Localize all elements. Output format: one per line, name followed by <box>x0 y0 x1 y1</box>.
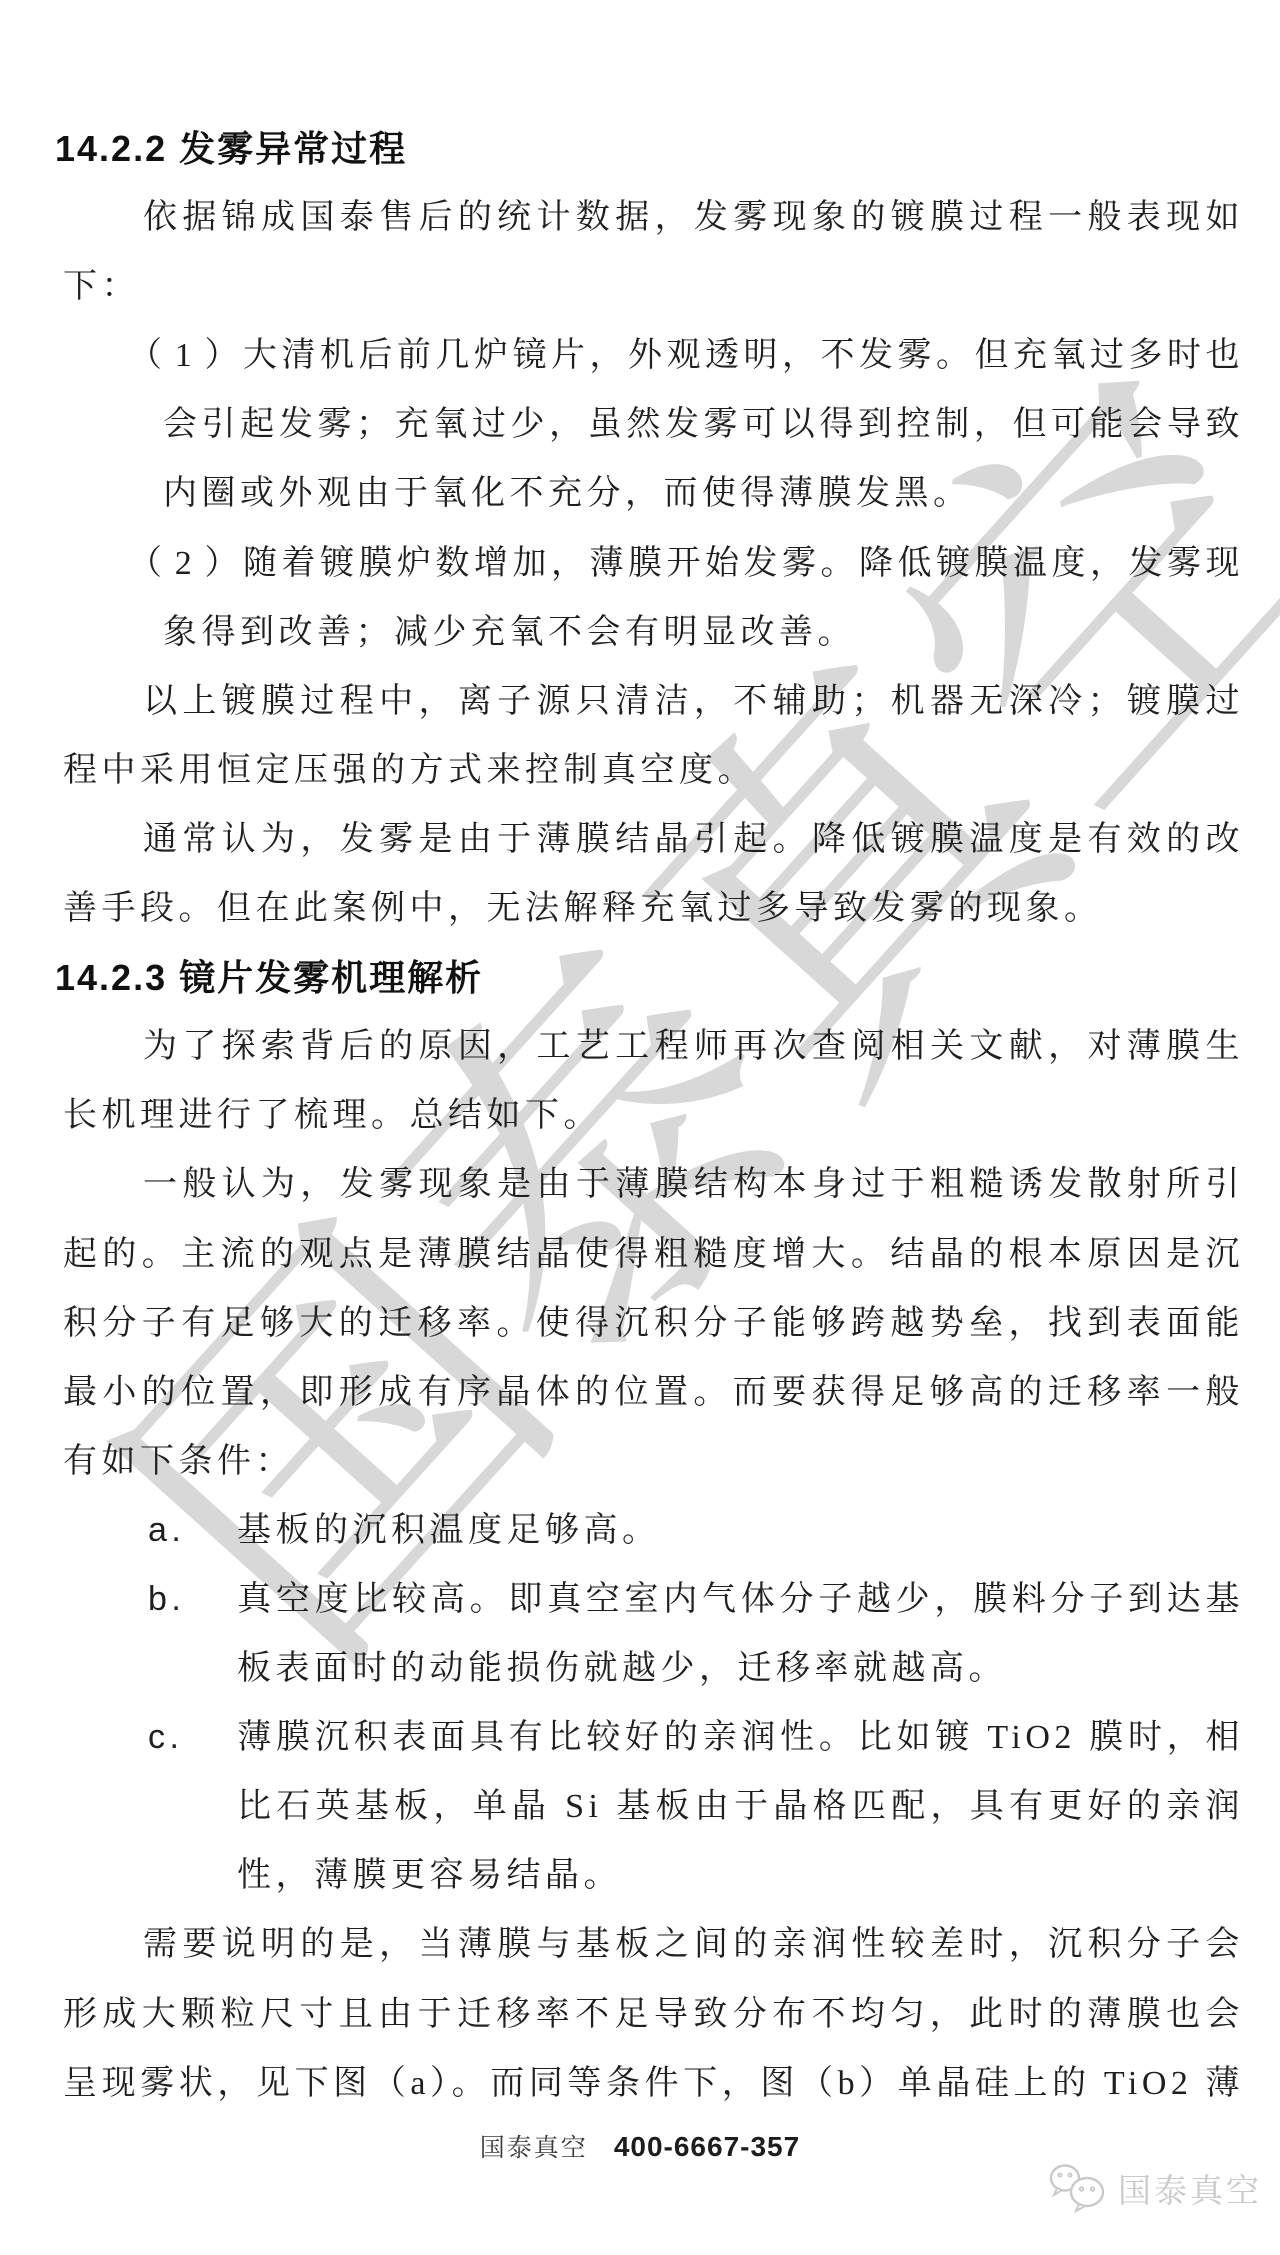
doc-line: 有如下条件： <box>63 1427 1244 1496</box>
doc-line: 为了探索背后的原因，工艺工程师再次查阅相关文献，对薄膜生 <box>143 1012 1244 1081</box>
doc-line: c.薄膜沉积表面具有比较好的亲润性。比如镀 TiO2 膜时，相 <box>148 1703 1244 1772</box>
doc-line-text: 真空度比较高。即真空室内气体分子越少，膜料分子到达基 <box>237 1581 1244 1618</box>
doc-line: （1）大清机后前几炉镜片，外观透明，不发雾。但充氧过多时也 <box>128 321 1244 390</box>
doc-line-text: 随着镀膜炉数增加，薄膜开始发雾。降低镀膜温度，发雾现 <box>243 545 1244 582</box>
list-letter-label: a. <box>148 1496 237 1565</box>
footer-phone: 400-6667-357 <box>614 2131 800 2162</box>
document-page: 国泰真空 14.2.2 发雾异常过程 依据锦成国泰售后的统计数据，发雾现象的镀膜… <box>0 0 1280 2255</box>
doc-line-text: 基板的沉积温度足够高。 <box>237 1512 661 1549</box>
list-letter-label: b. <box>148 1565 237 1634</box>
doc-line: 板表面时的动能损伤就越少，迁移率就越高。 <box>237 1634 1244 1703</box>
doc-line: 以上镀膜过程中，离子源只清洁，不辅助；机器无深冷；镀膜过 <box>143 667 1244 736</box>
list-letter-label: c. <box>148 1703 237 1772</box>
doc-line: 起的。主流的观点是薄膜结晶使得粗糙度增大。结晶的根本原因是沉 <box>63 1220 1244 1289</box>
wechat-icon <box>1046 2163 1110 2213</box>
doc-line-text: 大清机后前几炉镜片，外观透明，不发雾。但充氧过多时也 <box>243 337 1244 374</box>
list-number-label: （1） <box>128 321 243 390</box>
doc-line: 积分子有足够大的迁移率。使得沉积分子能够跨越势垒，找到表面能 <box>63 1289 1244 1358</box>
list-number-label: （2） <box>128 529 243 598</box>
doc-line-text: 薄膜沉积表面具有比较好的亲润性。比如镀 TiO2 膜时，相 <box>237 1719 1244 1756</box>
doc-line: 程中采用恒定压强的方式来控制真空度。 <box>63 736 1244 805</box>
doc-line: 形成大颗粒尺寸且由于迁移率不足导致分布不均匀，此时的薄膜也会 <box>63 1980 1244 2049</box>
doc-line: 下： <box>63 252 1244 321</box>
doc-line: 依据锦成国泰售后的统计数据，发雾现象的镀膜过程一般表现如 <box>143 183 1244 252</box>
doc-line: 善手段。但在此案例中，无法解释充氧过多导致发雾的现象。 <box>63 874 1244 943</box>
wechat-brand-badge: 国泰真空 <box>1046 2163 1262 2213</box>
doc-line: 通常认为，发雾是由于薄膜结晶引起。降低镀膜温度是有效的改 <box>143 805 1244 874</box>
doc-line: 性，薄膜更容易结晶。 <box>237 1841 1244 1910</box>
section-heading-14-2-3: 14.2.3 镜片发雾机理解析 <box>55 943 1244 1012</box>
doc-line: b.真空度比较高。即真空室内气体分子越少，膜料分子到达基 <box>148 1565 1244 1634</box>
footer-brand: 国泰真空 <box>480 2135 588 2162</box>
doc-line: 象得到改善；减少充氧不会有明显改善。 <box>163 598 1244 667</box>
doc-line: 比石英基板，单晶 Si 基板由于晶格匹配，具有更好的亲润 <box>237 1772 1244 1841</box>
doc-line: 长机理进行了梳理。总结如下。 <box>63 1081 1244 1150</box>
doc-line: a.基板的沉积温度足够高。 <box>148 1496 1244 1565</box>
footer: 国泰真空400-6667-357 <box>0 2126 1280 2168</box>
section-heading-14-2-2: 14.2.2 发雾异常过程 <box>55 114 1244 183</box>
doc-line: （2）随着镀膜炉数增加，薄膜开始发雾。降低镀膜温度，发雾现 <box>128 529 1244 598</box>
document-body: 14.2.2 发雾异常过程 依据锦成国泰售后的统计数据，发雾现象的镀膜过程一般表… <box>63 114 1244 2118</box>
doc-line: 会引起发雾；充氧过少，虽然发雾可以得到控制，但可能会导致 <box>163 390 1244 459</box>
doc-line: 内圈或外观由于氧化不充分，而使得薄膜发黑。 <box>163 459 1244 528</box>
doc-line: 需要说明的是，当薄膜与基板之间的亲润性较差时，沉积分子会 <box>143 1910 1244 1979</box>
wechat-badge-label: 国泰真空 <box>1118 2165 1262 2212</box>
doc-line: 最小的位置，即形成有序晶体的位置。而要获得足够高的迁移率一般 <box>63 1358 1244 1427</box>
doc-line: 呈现雾状，见下图（a）。而同等条件下，图（b）单晶硅上的 TiO2 薄 <box>63 2049 1244 2118</box>
doc-line: 一般认为，发雾现象是由于薄膜结构本身过于粗糙诱发散射所引 <box>143 1150 1244 1219</box>
